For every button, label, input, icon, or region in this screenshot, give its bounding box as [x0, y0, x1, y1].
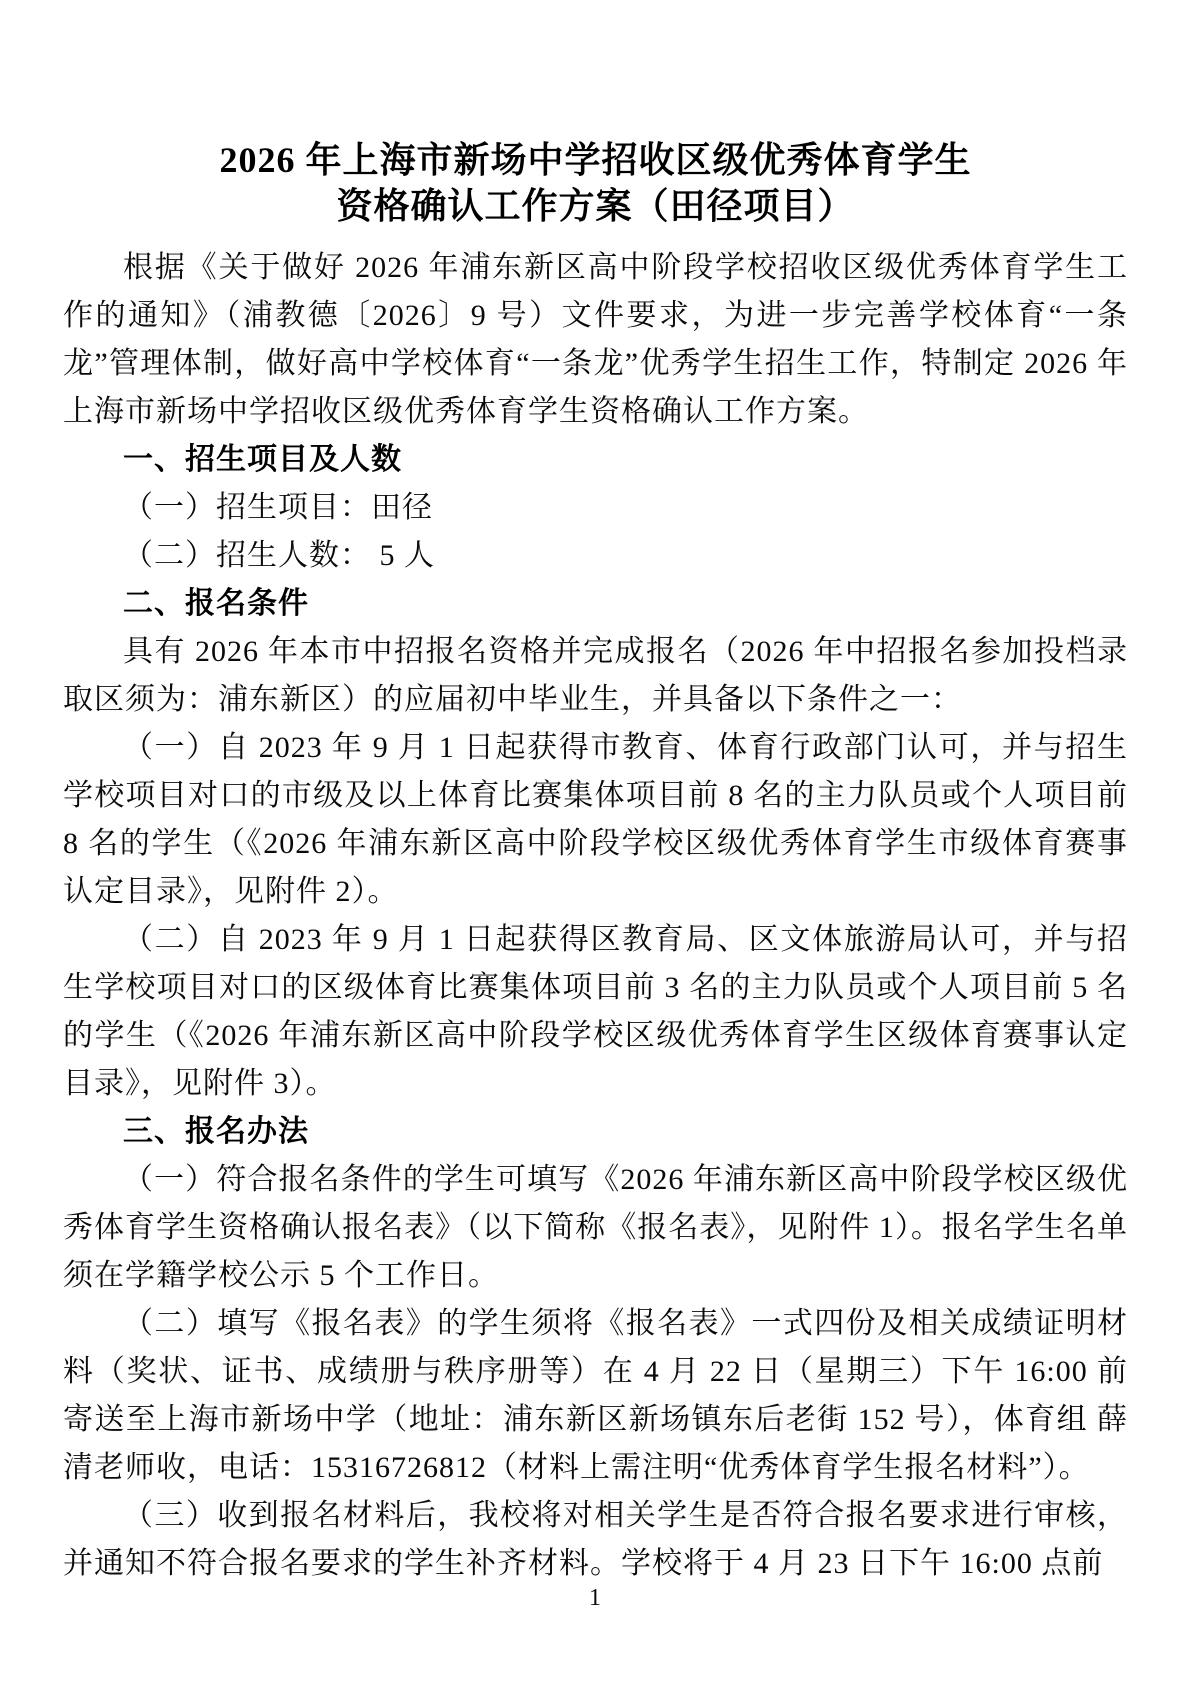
- paragraph-eligibility-district: （二）自 2023 年 9 月 1 日起获得区教育局、区文体旅游局认可，并与招生…: [63, 916, 1128, 1108]
- document-content: 2026 年上海市新场中学招收区级优秀体育学生 资格确认工作方案（田径项目） 根…: [0, 0, 1190, 1588]
- paragraph-recruit-count: （二）招生人数： 5 人: [63, 532, 1128, 580]
- document-title-line-2: 资格确认工作方案（田径项目）: [63, 183, 1128, 229]
- paragraph-apply-form: （一）符合报名条件的学生可填写《2026 年浦东新区高中阶段学校区级优秀体育学生…: [63, 1156, 1128, 1300]
- document-body: 根据《关于做好 2026 年浦东新区高中阶段学校招收区级优秀体育学生工作的通知》…: [63, 244, 1128, 1588]
- paragraph-eligibility-intro: 具有 2026 年本市中招报名资格并完成报名（2026 年中招报名参加投档录取区…: [63, 628, 1128, 724]
- section-heading-3: 三、报名办法: [63, 1108, 1128, 1156]
- page-number: 1: [0, 1584, 1190, 1612]
- section-heading-2: 二、报名条件: [63, 580, 1128, 628]
- document-title: 2026 年上海市新场中学招收区级优秀体育学生 资格确认工作方案（田径项目）: [63, 137, 1128, 229]
- document-title-line-1: 2026 年上海市新场中学招收区级优秀体育学生: [63, 137, 1128, 183]
- paragraph-eligibility-city: （一）自 2023 年 9 月 1 日起获得市教育、体育行政部门认可，并与招生学…: [63, 724, 1128, 916]
- paragraph-apply-submit: （二）填写《报名表》的学生须将《报名表》一式四份及相关成绩证明材料（奖状、证书、…: [63, 1300, 1128, 1492]
- section-heading-1: 一、招生项目及人数: [63, 436, 1128, 484]
- document-page: 2026 年上海市新场中学招收区级优秀体育学生 资格确认工作方案（田径项目） 根…: [0, 0, 1190, 1682]
- paragraph-recruit-project: （一）招生项目：田径: [63, 484, 1128, 532]
- paragraph-intro: 根据《关于做好 2026 年浦东新区高中阶段学校招收区级优秀体育学生工作的通知》…: [63, 244, 1128, 436]
- paragraph-apply-review: （三）收到报名材料后，我校将对相关学生是否符合报名要求进行审核，并通知不符合报名…: [63, 1492, 1128, 1588]
